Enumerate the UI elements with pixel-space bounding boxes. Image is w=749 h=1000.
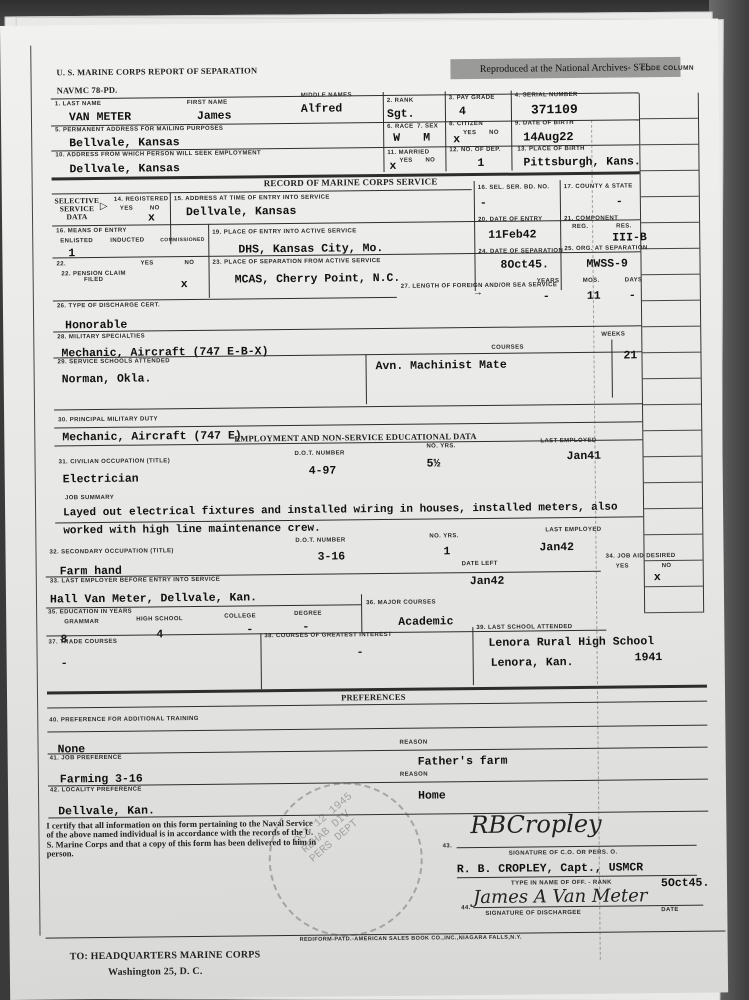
locality-reason-value: Home [418,789,446,802]
middle-names-value: Alfred [301,102,343,115]
secondary-yrs-value: 1 [443,545,450,558]
reason-label: Reason [399,740,427,746]
greatest-interest-label: 38. Courses of Greatest Interest [264,632,392,639]
reason-label: Reason [400,772,428,778]
date-of-birth-value: 14Aug22 [523,130,574,145]
locality-label: 42. Locality Preference [50,787,142,794]
rule [52,219,640,227]
no-label: No [184,260,194,266]
courses-label: Courses [491,345,524,351]
divider [361,594,363,632]
no-yrs-value: 5½ [427,457,441,470]
commissioned-label: Commissioned [160,237,205,243]
race-label: 6. Race [387,124,414,130]
dependents-label: 12. No. of Dep. [449,147,501,154]
registered-label: 14. Registered [114,196,169,203]
rule [457,845,697,849]
divider [365,354,367,404]
no-yrs-label: No. Yrs. [426,443,455,449]
last-school-label: 39. Last School Attended [476,624,572,631]
yes-label: Yes [616,563,629,569]
days-label: Days [625,277,643,283]
employment-address-label: 10. Address from which person will seek … [55,150,261,158]
courses-value: Avn. Machinist Mate [376,359,507,373]
reg-label: Reg. [572,224,588,230]
dot-number-label: D.O.T. Number [295,537,345,544]
dependents-value: 1 [477,157,484,170]
separation-report-form: Reproduced at the National Archives- STL… [0,18,728,999]
date-label: Date [661,907,679,913]
specialties-label: 28. Military Specialties [57,333,145,340]
secondary-dot-value: 3-16 [318,550,346,563]
sel-ser-bd-label: 16. Sel. Ser. Bd. No. [478,184,550,191]
res-label: Res. [616,223,632,229]
employment-address-value: Dellvale, Kansas [69,162,180,176]
form-number: NAVMC 78-PD. [57,85,118,96]
no-yrs-label: No. Yrs. [429,533,458,539]
pay-grade-value: 4 [459,105,466,118]
yes-label: Yes [399,158,412,164]
service-section-title: RECORD OF MARINE CORPS SERVICE [264,176,438,188]
date-left-value: Jan42 [470,575,505,588]
date-of-entry-value: 11Feb42 [488,228,536,242]
married-yes-mark: x [389,160,396,173]
yes-label: Yes [120,206,133,212]
sex-value: M [423,132,430,145]
enlisted-label: Enlisted [60,238,93,244]
married-label: 11. Married [387,150,429,156]
sex-label: 7. Sex [417,123,438,129]
entry-address-value: Dellvale, Kansas [186,205,297,219]
additional-training-label: 40. Preference for additional training [49,716,199,724]
weeks-label: Weeks [601,331,625,337]
officer-signature-number: 43. [443,843,453,849]
rule [48,779,708,787]
last-name-value: VAN METER [69,111,131,125]
org-at-separation-label: 25. Org. at Separation [564,245,647,252]
permanent-address-label: 5. Permanent Address for Mailing Purpose… [55,126,223,134]
trade-courses-value: - [61,657,68,670]
major-courses-label: 36. Major Courses [366,599,436,606]
job-summary-label: Job Summary [65,495,114,502]
registered-no-mark: x [148,211,155,224]
trade-courses-label: 37. Trade Courses [48,639,117,646]
middle-names-label: Middle Names [301,92,352,99]
date-of-entry-label: 20. Date of Entry [478,216,543,223]
dot-number-label: D.O.T. Number [294,450,344,457]
no-label: No [489,130,499,136]
arrow-icon: ▷ [100,201,108,212]
county-state-value: - [616,195,623,208]
serial-number-label: 4. Serial Number [515,92,578,99]
last-school-year: 1941 [635,651,663,664]
citizen-label: 8. Citizen [449,121,483,127]
serial-number-value: 371109 [531,102,578,117]
rank-value: Sgt. [387,108,415,121]
years-label: Years [537,278,560,284]
job-aid-label: 34. Job Aid Desired [606,553,676,560]
officer-name-value: R. B. CROPLEY, Capt., USMCR [457,861,643,876]
date-of-separation-label: 24. Date of Separation [478,248,563,255]
weeks-value: 21 [623,349,637,362]
education-label: 35. Education in Years [48,609,132,616]
code-column [639,93,704,614]
address-line: Washington 25, D. C. [108,966,203,978]
rule [52,189,472,195]
last-employed-label: Last Employed [545,527,601,534]
divider [472,627,474,685]
first-name-label: First Name [187,100,228,106]
divider [560,180,562,290]
grammar-label: Grammar [64,619,99,625]
days-value: - [629,289,636,302]
no-label: No [662,563,672,569]
principal-duty-value: Mechanic, Aircraft (747 E) [62,429,242,444]
degree-label: Degree [294,611,322,617]
first-name-value: James [197,110,232,123]
arrow-right-icon: → [473,287,483,298]
place-of-separation-label: 23. Place of separation from active serv… [212,258,380,266]
mos-label: Mos. [583,278,600,284]
date-of-separation-value: 8Oct45. [500,258,548,272]
college-label: College [224,613,256,619]
dischargee-signature-label: Signature of Dischargee [485,910,581,917]
county-state-label: 17. County & State [564,183,633,190]
divider [260,633,262,689]
inducted-label: Inducted [110,237,144,243]
margin-line [30,46,41,936]
pension-number-label: 22. [56,261,66,267]
officer-signature-label: Signature of C.O. or Pers. O. [509,850,618,857]
form-title: U. S. MARINE CORPS REPORT OF SEPARATION [56,65,257,77]
date-left-label: Date Left [462,561,498,567]
pension-claim-label: 22. Pension Claim Filed [59,271,129,284]
rank-label: 2. Rank [387,98,414,104]
secondary-last-employed-value: Jan42 [539,541,574,554]
citizen-yes-mark: x [453,133,460,146]
rule [53,297,397,302]
civilian-occupation-label: 31. Civilian Occupation (Title) [59,458,171,465]
last-school-line-1: Lenora Rural High School [488,635,654,650]
last-employed-label: Last Employed [540,438,596,445]
no-label: No [425,157,435,163]
divider [511,91,513,171]
principal-duty-label: 30. Principal Military Duty [58,416,158,423]
divider [383,92,385,172]
rule [54,403,642,411]
last-name-label: 1. Last Name [55,101,102,107]
place-of-separation-value: MCAS, Cherry Point, N.C. [235,272,401,287]
permanent-address-value: Bellvale, Kansas [69,136,180,150]
pay-grade-label: 3. Pay Grade [449,95,495,101]
rule [53,325,641,333]
last-employer-label: 33. Last Employer before entry into serv… [50,577,220,585]
divider [445,91,447,171]
code-column-label: CODE COLUMN [640,65,694,73]
pension-no-mark: x [181,278,188,291]
last-employer-value: Hall Van Meter, Dellvale, Kan. [50,591,257,606]
rule [48,747,708,755]
preferences-section-title: PREFERENCES [341,692,406,703]
dot-number-value: 4-97 [309,465,337,478]
job-summary-line-2: worked with high line maintenance crew. [63,523,321,538]
secondary-occupation-label: 32. Secondary Occupation (Title) [49,548,173,555]
printer-imprint: REDIFORM-PATD.-AMERICAN SALES BOOK CO.,I… [300,935,522,943]
selective-service-label: SELECTIVE SERVICE DATA [54,197,100,221]
last-school-line-2: Lenora, Kan. [491,656,574,670]
means-of-entry-label: 16. Means of Entry [56,228,127,235]
to-line: TO: HEADQUARTERS MARINE CORPS [70,949,261,962]
divider [208,224,210,298]
high-school-label: High School [136,616,183,622]
sel-ser-bd-value: - [480,197,487,210]
civilian-occupation-value: Electrician [63,473,139,487]
job-aid-no-mark: x [654,571,661,584]
entry-address-label: 15. Address at time of entry into servic… [174,195,330,203]
place-of-birth-value: Pittsburgh, Kans. [523,155,640,169]
greatest-interest-value: - [357,646,364,659]
years-value: - [543,290,550,303]
rule [47,725,707,733]
job-preference-label: 41. Job Preference [50,755,122,762]
divider [611,340,613,398]
component-res-value: III-B [612,231,647,244]
officer-signature: RBCropley [470,810,602,839]
dischargee-signature-number: 44. [461,905,471,911]
major-courses-value: Academic [398,615,453,629]
place-of-birth-label: 13. Place of Birth [517,146,585,153]
divider [474,181,476,291]
place-of-entry-label: 19. Place of entry into active service [212,228,357,236]
schools-value: Norman, Okla. [62,372,152,386]
yes-label: Yes [140,260,153,266]
race-value: W [393,132,400,145]
separation-date-value: 5Oct45. [661,877,709,891]
discharge-cert-label: 26. Type of Discharge Cert. [57,302,160,309]
date-of-birth-label: 9. Date of Birth [515,120,574,127]
job-reason-value: Father's farm [418,755,508,769]
schools-label: 29. Service Schools Attended [57,358,170,365]
yes-label: Yes [463,130,476,136]
